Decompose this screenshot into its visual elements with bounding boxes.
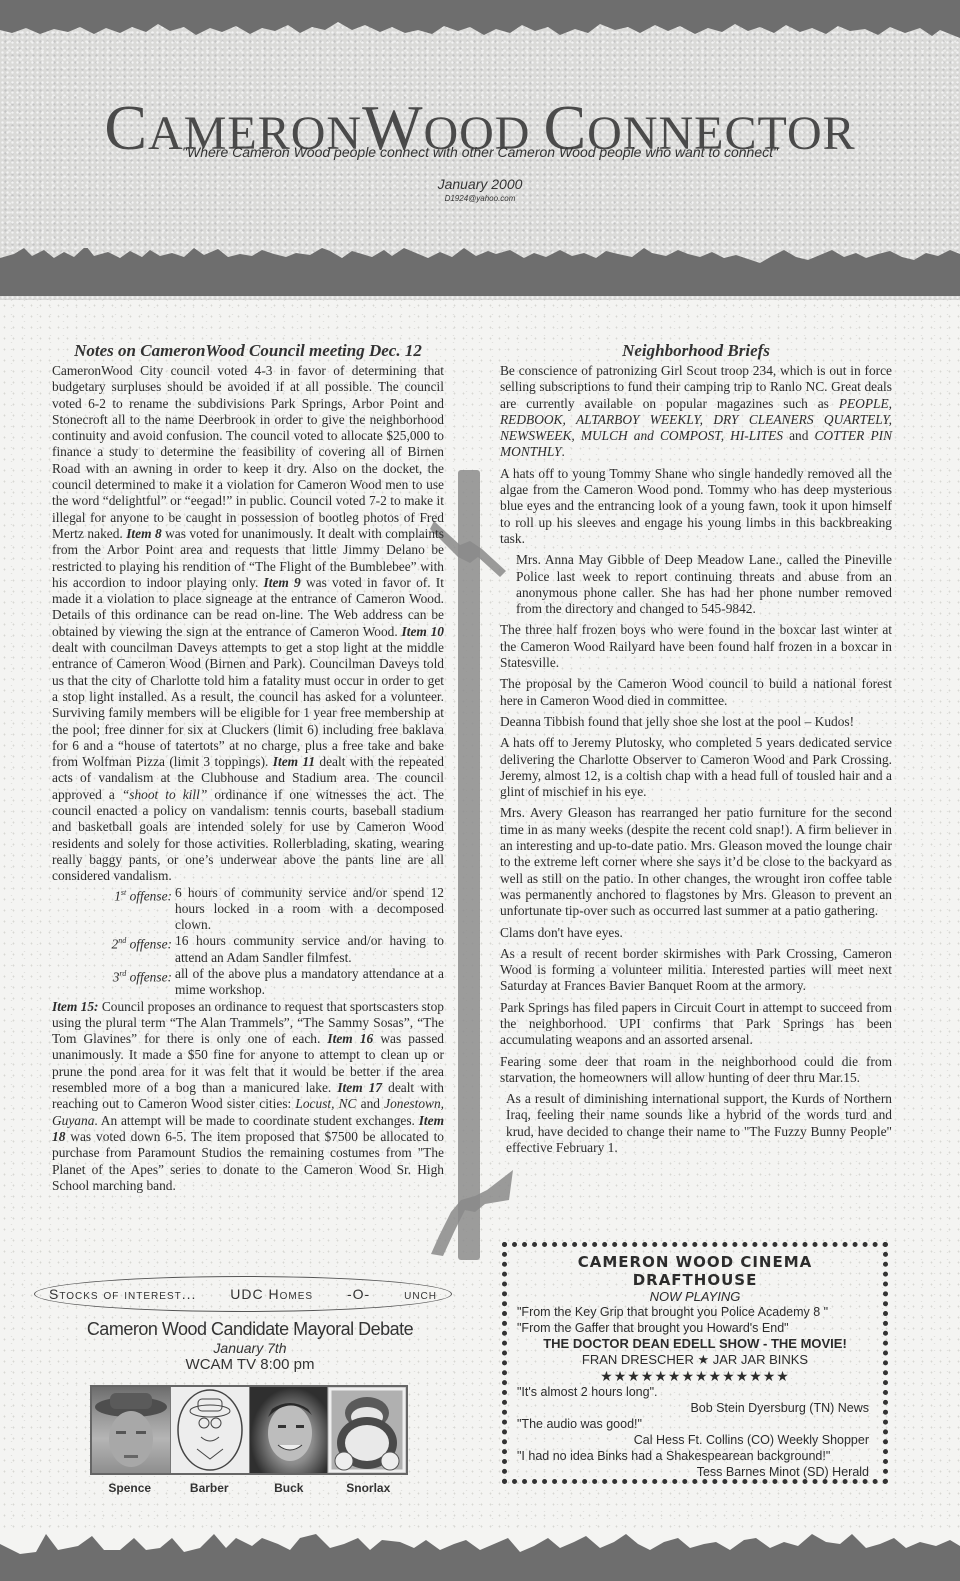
- debate-time: WCAM TV 8:00 pm: [40, 1356, 460, 1374]
- review-quote: "It's almost 2 hours long".: [517, 1384, 873, 1400]
- brief-frozen-boys: The three half frozen boys who were foun…: [500, 622, 892, 671]
- candidate-name: Spence: [90, 1481, 170, 1495]
- now-playing-label: NOW PLAYING: [517, 1289, 873, 1304]
- body-text: was voted down 6-5. The item proposed th…: [52, 1129, 444, 1193]
- tagline: "Where Cameron Wood people connect with …: [0, 144, 960, 160]
- star-icon: ★: [697, 1352, 709, 1367]
- offense-label: 1st offense:: [52, 885, 175, 934]
- body-text: . An attempt will be made to coordinate …: [94, 1113, 418, 1128]
- neighborhood-briefs-headline: Neighborhood Briefs: [500, 340, 892, 362]
- body-text: and: [356, 1096, 384, 1111]
- candidate-photo-barber: [171, 1387, 250, 1473]
- offense-word: offense: [126, 969, 167, 984]
- item-label: Item 9: [264, 575, 301, 590]
- mayoral-debate-announcement: Cameron Wood Candidate Mayoral Debate Ja…: [40, 1318, 460, 1374]
- stocks-label: Stocks of interest...: [49, 1286, 196, 1302]
- body-text: dealt with councilman Daveys attempts to…: [52, 640, 444, 769]
- snorlax-icon: [328, 1387, 406, 1473]
- candidate-photo-snorlax: [328, 1387, 406, 1473]
- candidate-name: Barber: [170, 1481, 250, 1495]
- brief-deer-hunting: Fearing some deer that roam in the neigh…: [500, 1054, 892, 1087]
- body-text: CameronWood City council voted 4-3 in fa…: [52, 363, 444, 541]
- offense-label: 3rd offense:: [52, 966, 175, 999]
- stocks-of-interest-banner: Stocks of interest... UDC Homes -O- unch: [34, 1276, 452, 1312]
- brief-national-forest: The proposal by the Cameron Wood council…: [500, 676, 892, 709]
- offense-row: 1st offense: 6 hours of community servic…: [52, 885, 444, 934]
- movie-tagline: "From the Key Grip that brought you Poli…: [517, 1304, 873, 1320]
- item-label: Item 15:: [52, 999, 99, 1014]
- neighborhood-briefs-article: Neighborhood Briefs Be conscience of pat…: [500, 340, 892, 1161]
- offense-word: offense: [126, 937, 167, 952]
- review-quote: "I had no idea Binks had a Shakespearean…: [517, 1448, 873, 1464]
- offense-penalty: 6 hours of community service and/or spen…: [175, 885, 444, 934]
- offense-row: 2nd offense: 16 hours community service …: [52, 933, 444, 966]
- movie-cast: FRAN DRESCHER ★ JAR JAR BINKS: [517, 1352, 873, 1368]
- brief-jeremy-plutosky: A hats off to Jeremy Plutosky, who compl…: [500, 735, 892, 800]
- council-notes-article: Notes on CameronWood Council meeting Dec…: [52, 340, 444, 1194]
- sister-city: Locust, NC: [295, 1096, 356, 1111]
- brief-girl-scouts: Be conscience of patronizing Girl Scout …: [500, 363, 892, 461]
- torn-paper-top-edge: [0, 0, 960, 40]
- brief-avery-gleason: Mrs. Avery Gleason has rearranged her pa…: [500, 805, 892, 919]
- candidate-photo-spence: [92, 1387, 171, 1473]
- debate-date: January 7th: [40, 1340, 460, 1356]
- brief-tommy-shane: A hats off to young Tommy Shane who sing…: [500, 466, 892, 547]
- brief-anna-may-gibble: Mrs. Anna May Gibble of Deep Meadow Lane…: [500, 552, 892, 617]
- star-rating-icons: ★★★★★★★★★★★★★★: [517, 1368, 873, 1384]
- smiling-man-icon: [250, 1387, 328, 1473]
- cartoon-portrait-icon: [171, 1387, 249, 1473]
- item-label: Item 16: [327, 1031, 373, 1046]
- offense-word: offense: [126, 888, 167, 903]
- item-label: Item 8: [126, 526, 161, 541]
- brief-clams: Clams don't have eyes.: [500, 925, 892, 941]
- candidate-name: Snorlax: [329, 1481, 409, 1495]
- cast-member: JAR JAR BINKS: [713, 1352, 808, 1367]
- review-source: Tess Barnes Minot (SD) Herald: [517, 1464, 873, 1480]
- review-quote: "The audio was good!": [517, 1416, 873, 1432]
- item-label: Item 11: [273, 754, 315, 769]
- review-source: Bob Stein Dyersburg (TN) News: [517, 1400, 873, 1416]
- contact-email: D1924@yahoo.com: [0, 194, 960, 203]
- cinema-drafthouse-ad: CAMERON WOOD CINEMA DRAFTHOUSE NOW PLAYI…: [502, 1242, 888, 1484]
- offense-number: 1: [114, 888, 121, 903]
- torn-paper-bottom-edge: [0, 248, 960, 300]
- stock-change-symbol: -O-: [347, 1286, 370, 1302]
- body-text: Be conscience of patronizing Girl Scout …: [500, 363, 892, 411]
- body-text: .: [562, 444, 565, 459]
- quoted-phrase: “shoot to kill”: [122, 787, 207, 802]
- offense-penalty: 16 hours community service and/or having…: [175, 933, 444, 966]
- stock-company: UDC Homes: [230, 1286, 313, 1302]
- cast-member: FRAN DRESCHER: [582, 1352, 694, 1367]
- candidate-photo-strip: [90, 1385, 408, 1475]
- council-notes-headline: Notes on CameronWood Council meeting Dec…: [52, 340, 444, 362]
- debate-title: Cameron Wood Candidate Mayoral Debate: [40, 1318, 460, 1340]
- stock-change: unch: [404, 1286, 437, 1302]
- cinema-title: CAMERON WOOD CINEMA DRAFTHOUSE: [517, 1253, 873, 1289]
- offense-row: 3rd offense: all of the above plus a man…: [52, 966, 444, 999]
- movie-title: THE DOCTOR DEAN EDELL SHOW - THE MOVIE!: [517, 1336, 873, 1352]
- item-label: Item 10: [402, 624, 444, 639]
- torn-paper-footer: [0, 1520, 960, 1581]
- offense-penalty: all of the above plus a mandatory attend…: [175, 966, 444, 999]
- brief-jelly-shoe: Deanna Tibbish found that jelly shoe she…: [500, 714, 892, 730]
- man-in-hat-icon: [92, 1387, 170, 1473]
- movie-tagline: "From the Gaffer that brought you Howard…: [517, 1320, 873, 1336]
- body-text: and: [783, 428, 815, 443]
- masthead: CAMERONWOOD CONNECTOR "Where Cameron Woo…: [0, 0, 960, 300]
- candidate-photo-buck: [250, 1387, 329, 1473]
- brief-park-springs: Park Springs has filed papers in Circuit…: [500, 1000, 892, 1049]
- issue-date: January 2000: [0, 176, 960, 192]
- council-notes-body: CameronWood City council voted 4-3 in fa…: [52, 363, 444, 885]
- council-notes-body-continued: Item 15: Council proposes an ordinance t…: [52, 999, 444, 1195]
- item-label: Item 17: [337, 1080, 382, 1095]
- candidate-name: Buck: [249, 1481, 329, 1495]
- candidate-captions: Spence Barber Buck Snorlax: [90, 1481, 408, 1495]
- brief-kurds: As a result of diminishing international…: [500, 1091, 892, 1156]
- review-source: Cal Hess Ft. Collins (CO) Weekly Shopper: [517, 1432, 873, 1448]
- offense-label: 2nd offense:: [52, 933, 175, 966]
- brief-militia: As a result of recent border skirmishes …: [500, 946, 892, 995]
